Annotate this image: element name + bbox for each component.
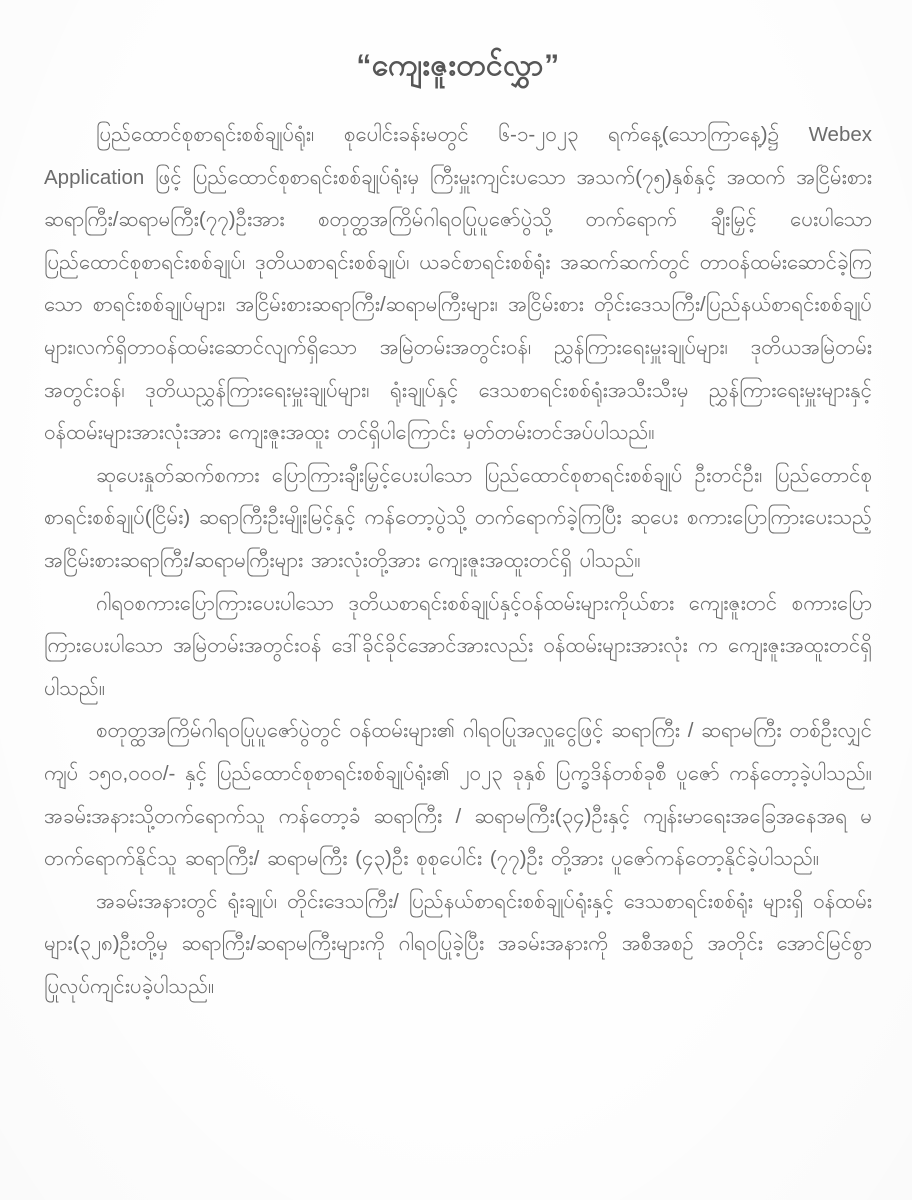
paragraph-speakers-thanks: ဆုပေးနှုတ်ဆက်စကား ပြောကြားချီးမြှင့်ပေးပ… [44, 455, 872, 583]
paragraph-opening-gratitude: ပြည်ထောင်စုစာရင်းစစ်ချုပ်ရုံး၊ စုပေါင်းခ… [44, 114, 872, 455]
document-body: ပြည်ထောင်စုစာရင်းစစ်ချုပ်ရုံး၊ စုပေါင်းခ… [44, 114, 872, 1008]
paragraph-closing-summary: အခမ်းအနားတွင် ရုံးချုပ်၊ တိုင်းဒေသကြီး/ … [44, 881, 872, 1009]
document-title: “ကျေးဇူးတင်လွှာ” [44, 34, 872, 98]
scanned-document-page: “ကျေးဇူးတင်လွှာ” ပြည်ထောင်စုစာရင်းစစ်ချု… [0, 0, 912, 1200]
paragraph-donation-details: စတုတ္ထအကြိမ်ဂါရဝပြုပူဇော်ပွဲတွင် ဝန်ထမ်း… [44, 710, 872, 880]
paragraph-secretary-thanks: ဂါရဝစကားပြောကြားပေးပါသော ဒုတိယစာရင်းစစ်ခ… [44, 583, 872, 711]
